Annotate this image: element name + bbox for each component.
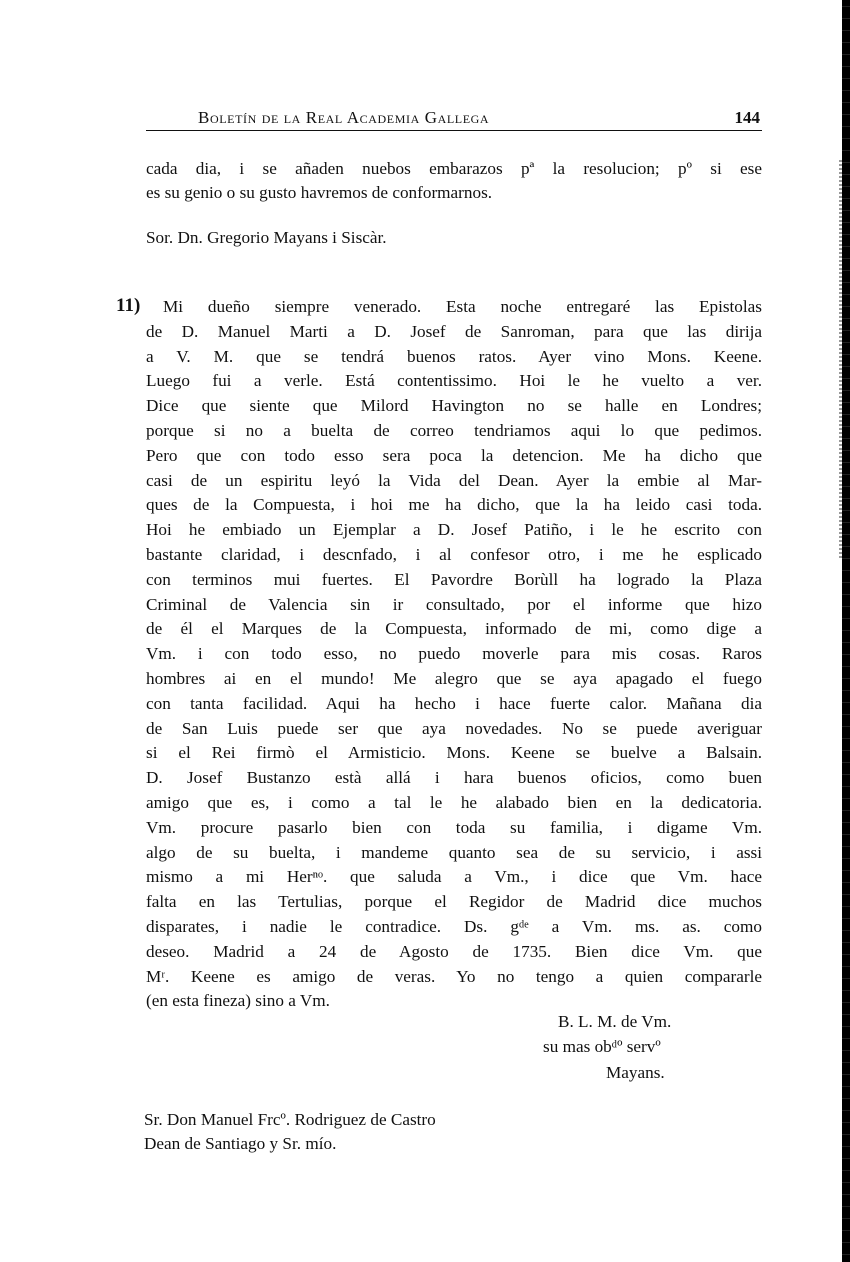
closing-salutation: B. L. M. de Vm. (558, 1012, 671, 1032)
letter-line: de él el Marques de la Compuesta, inform… (146, 617, 762, 642)
letter-line: (en esta fineza) sino a Vm. (146, 989, 762, 1014)
signature: Mayans. (606, 1063, 665, 1083)
letter-line: Mi dueño siempre venerado. Esta noche en… (163, 295, 762, 320)
letter-line: algo de su buelta, i mandeme quanto sea … (146, 841, 762, 866)
letter-line: casi de un espiritu leyó la Vida del Dea… (146, 469, 762, 494)
continuation-line: cada dia, i se añaden nuebos embarazos p… (146, 157, 762, 182)
letter-line: Luego fui a verle. Está contentissimo. H… (146, 369, 762, 394)
page-number: 144 (735, 108, 761, 128)
letter-line: Hoi he embiado un Ejemplar a D. Josef Pa… (146, 518, 762, 543)
running-title: Boletín de la Real Academia Gallega (198, 108, 489, 128)
letter-line: con tanta facilidad. Aqui ha hecho i hac… (146, 692, 762, 717)
scan-noise (839, 160, 842, 560)
letter-line: mismo a mi Herⁿᵒ. que saluda a Vm., i di… (146, 865, 762, 890)
letter-line: D. Josef Bustanzo està allá i hara bueno… (146, 766, 762, 791)
letter-line: de D. Manuel Marti a D. Josef de Sanroma… (146, 320, 762, 345)
closing-servant: su mas obᵈº servº (543, 1037, 661, 1057)
letter-line: Criminal de Valencia sin ir consultado, … (146, 593, 762, 618)
letter-line: Dice que siente que Milord Havington no … (146, 394, 762, 419)
letter-line: porque si no a buelta de correo tendriam… (146, 419, 762, 444)
letter-line: hombres ai en el mundo! Me alegro que se… (146, 667, 762, 692)
letter-line: Vm. procure pasarlo bien con toda su fam… (146, 816, 762, 841)
letter-line: amigo que es, i como a tal le he alabado… (146, 791, 762, 816)
previous-addressee: Sor. Dn. Gregorio Mayans i Siscàr. (146, 228, 387, 248)
letter-line: Pero que con todo esso sera poca la dete… (146, 444, 762, 469)
letter-line: falta en las Tertulias, porque el Regido… (146, 890, 762, 915)
letter-number: 11) (116, 295, 140, 317)
letter-line: con terminos mui fuertes. El Pavordre Bo… (146, 568, 762, 593)
letter-line: si el Rei firmò el Armisticio. Mons. Kee… (146, 741, 762, 766)
addressee-title: Dean de Santiago y Sr. mío. (144, 1134, 336, 1154)
addressee-name: Sr. Don Manuel Frcº. Rodriguez de Castro (144, 1110, 436, 1130)
scan-border-edge (842, 0, 850, 1262)
letter-line: bastante claridad, i descnfado, i al con… (146, 543, 762, 568)
letter-line: Vm. i con todo esso, no puedo moverle pa… (146, 642, 762, 667)
letter-line: Mʳ. Keene es amigo de veras. Yo no tengo… (146, 965, 762, 990)
letter-line: de San Luis puede ser que aya novedades.… (146, 717, 762, 742)
page-header: Boletín de la Real Academia Gallega 144 (146, 104, 762, 131)
letter-line: deseo. Madrid a 24 de Agosto de 1735. Bi… (146, 940, 762, 965)
letter-line: ques de la Compuesta, i hoi me ha dicho,… (146, 493, 762, 518)
continuation-line: es su genio o su gusto havremos de confo… (146, 181, 762, 206)
letter-line: disparates, i nadie le contradice. Ds. g… (146, 915, 762, 940)
letter-line: a V. M. que se tendrá buenos ratos. Ayer… (146, 345, 762, 370)
